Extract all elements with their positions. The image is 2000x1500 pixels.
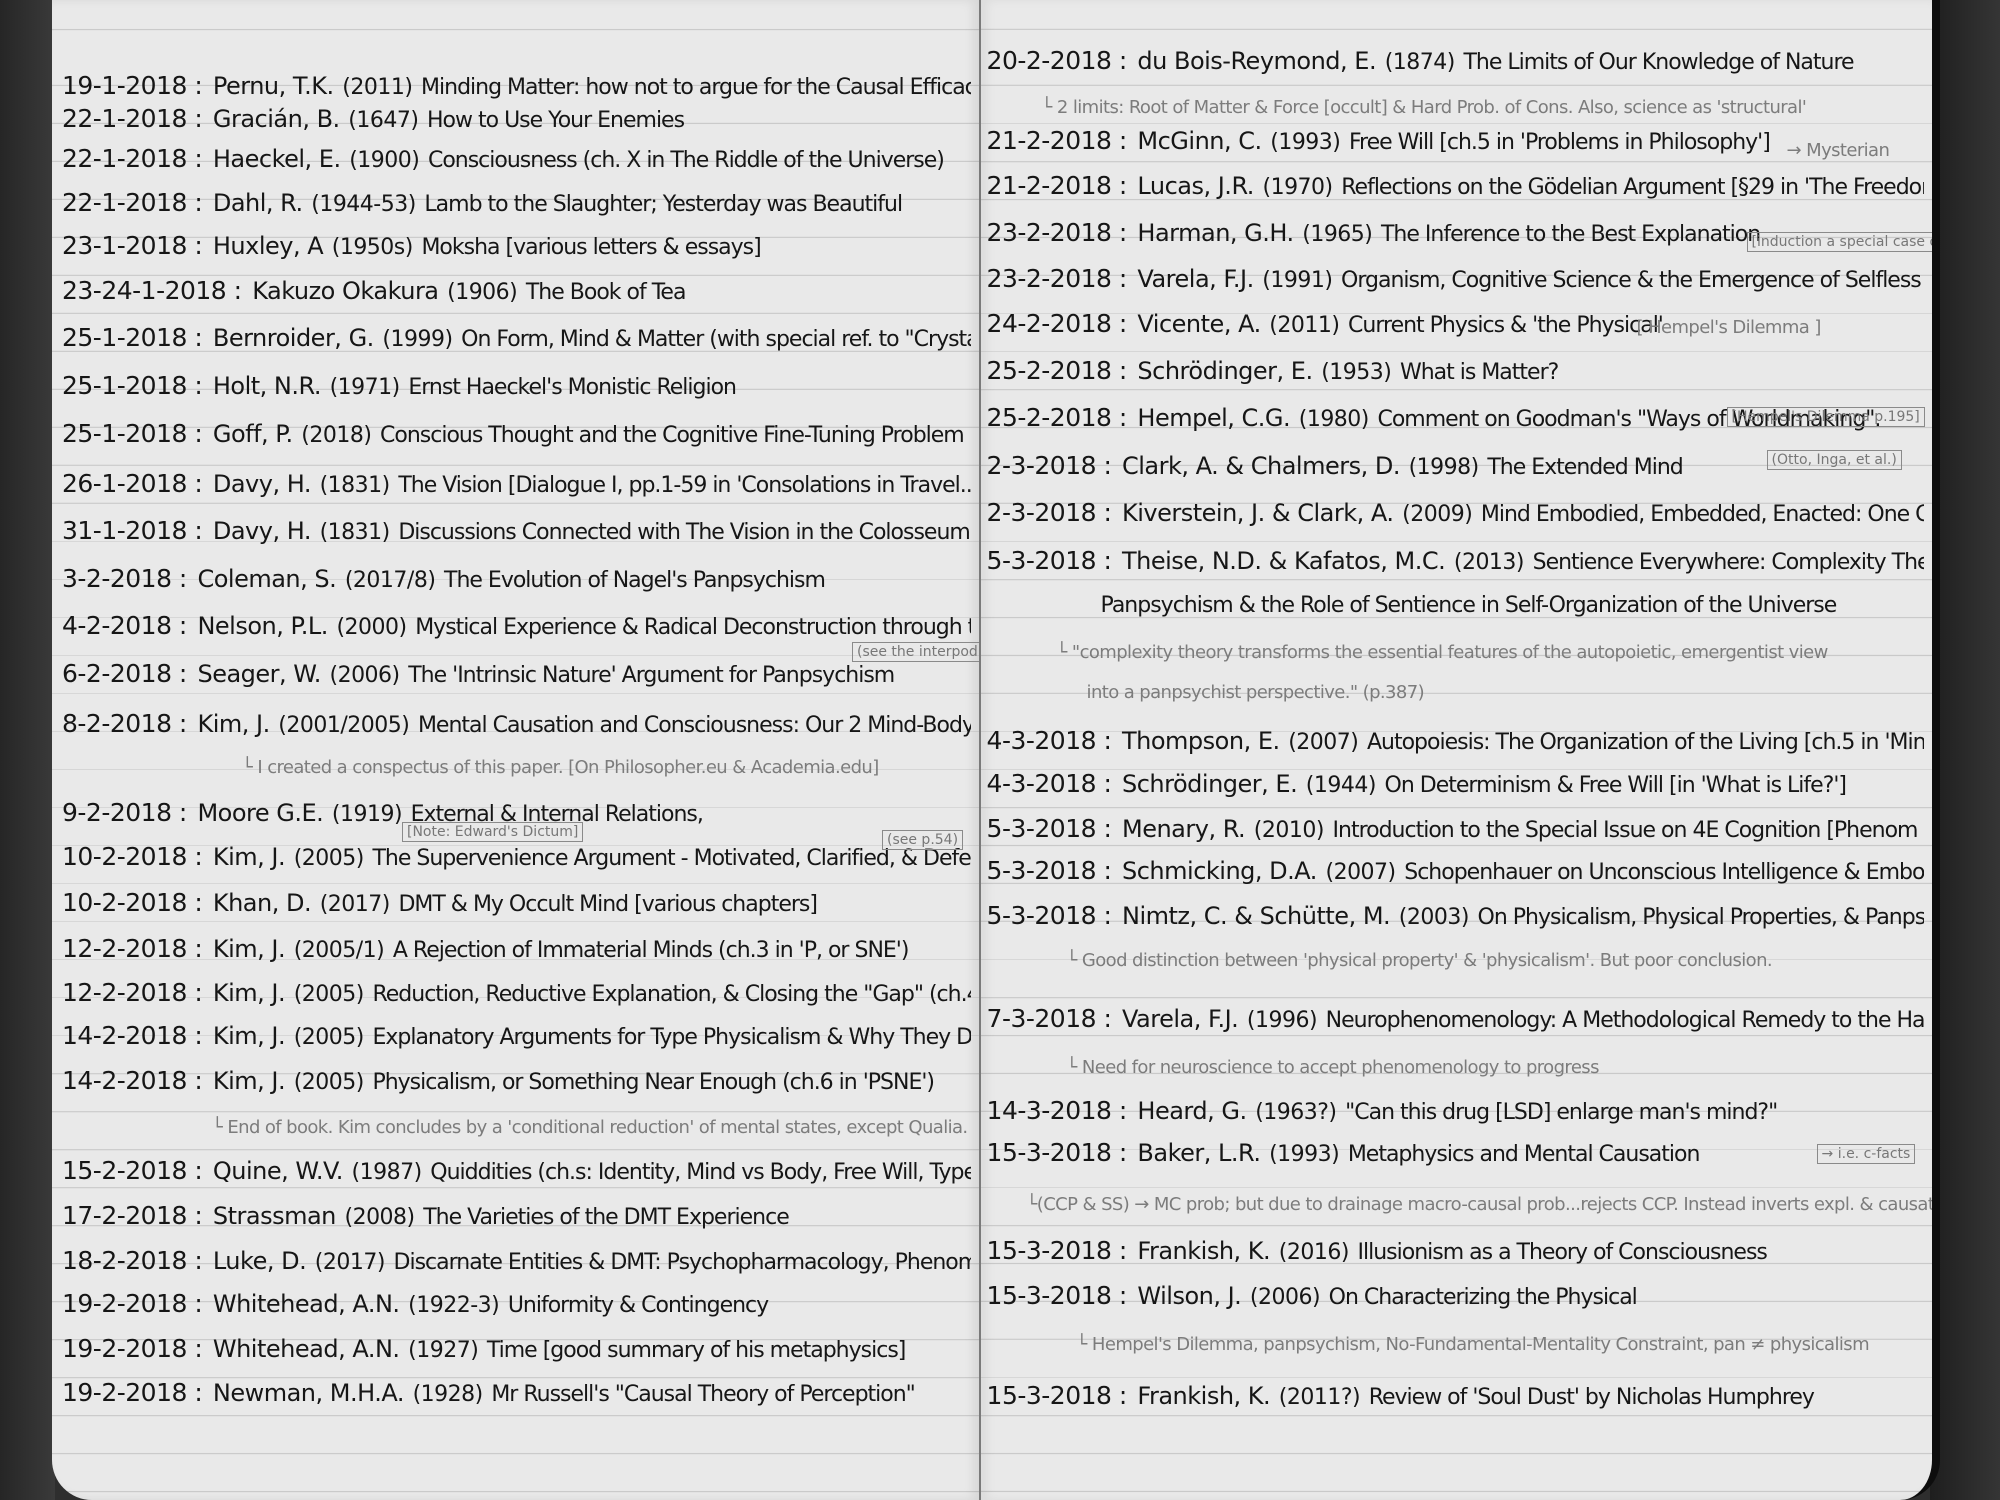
entry-date: 22-1-2018 : xyxy=(62,146,202,172)
pencil-note: └ End of book. Kim concludes by a 'condi… xyxy=(212,1117,968,1138)
entry-year: (2016) xyxy=(1279,1240,1349,1264)
entry-year: (2005) xyxy=(294,846,364,870)
entry-year: (1993) xyxy=(1270,130,1340,154)
pencil-note: └ "complexity theory transforms the esse… xyxy=(1057,642,1828,663)
left-page: 19-1-2018 : Pernu, T.K. (2011) Minding M… xyxy=(52,0,979,1500)
entry-year: (2017) xyxy=(315,1250,385,1274)
entry-year: (2013) xyxy=(1454,550,1524,574)
entry-date: 5-3-2018 : xyxy=(987,903,1112,929)
entry-date: 19-2-2018 : xyxy=(62,1380,202,1406)
reading-entry: 5-3-2018 : Menary, R. (2010) Introductio… xyxy=(987,816,1924,842)
entry-year: (1944-53) xyxy=(311,192,416,216)
entry-author: Frankish, K. xyxy=(1137,1238,1270,1264)
entry-author: Lucas, J.R. xyxy=(1137,173,1253,199)
right-page: 20-2-2018 : du Bois-Reymond, E. (1874) T… xyxy=(979,0,1940,1500)
entry-author: Frankish, K. xyxy=(1137,1383,1270,1409)
pencil-note: └(CCP & SS) → MC prob; but due to draina… xyxy=(1027,1194,1940,1215)
pencil-note: into a panpsychist perspective." (p.387) xyxy=(1087,682,1424,703)
reading-entry: 15-3-2018 : Baker, L.R. (1993) Metaphysi… xyxy=(987,1140,1924,1166)
reading-entry: 20-2-2018 : du Bois-Reymond, E. (1874) T… xyxy=(987,48,1924,74)
entry-author: Varela, F.J. xyxy=(1137,266,1253,292)
entry-title: Reduction, Reductive Explanation, & Clos… xyxy=(372,982,970,1006)
entry-author: Gracián, B. xyxy=(213,106,340,132)
entry-year: (2005) xyxy=(294,1070,364,1094)
reading-entry: 25-1-2018 : Goff, P. (2018) Conscious Th… xyxy=(62,421,971,447)
reading-entry: 14-3-2018 : Heard, G. (1963?) "Can this … xyxy=(987,1098,1924,1124)
entry-title: The Extended Mind xyxy=(1487,455,1682,479)
entry-year: (2005/1) xyxy=(294,938,385,962)
entry-author: Whitehead, A.N. xyxy=(213,1291,400,1317)
entry-title: Introduction to the Special Issue on 4E … xyxy=(1333,818,1924,842)
entry-author: Nimtz, C. & Schütte, M. xyxy=(1122,903,1390,929)
entry-year: (1906) xyxy=(447,280,517,304)
entry-title: How to Use Your Enemies xyxy=(427,108,684,132)
entry-title: Mind Embodied, Embedded, Enacted: One Ch… xyxy=(1481,502,1924,526)
entry-author: Nelson, P.L. xyxy=(197,613,327,639)
entry-year: (1971) xyxy=(330,375,400,399)
entry-year: (1996) xyxy=(1247,1008,1317,1032)
entry-title: Minding Matter: how not to argue for the… xyxy=(421,75,971,99)
entry-title: Reflections on the Gödelian Argument [§2… xyxy=(1341,175,1924,199)
entry-author: Theise, N.D. & Kafatos, M.C. xyxy=(1122,548,1445,574)
entry-author: Kim, J. xyxy=(213,936,285,962)
entry-date: 19-2-2018 : xyxy=(62,1336,202,1362)
entry-year: (1963?) xyxy=(1255,1100,1336,1124)
reading-entry: 25-1-2018 : Bernroider, G. (1999) On For… xyxy=(62,325,971,351)
reading-entry: 17-2-2018 : Strassman (2008) The Varieti… xyxy=(62,1203,971,1229)
reading-entry: 10-2-2018 : Kim, J. (2005) The Superveni… xyxy=(62,844,971,870)
reading-entry: 22-1-2018 : Gracián, B. (1647) How to Us… xyxy=(62,106,971,132)
entry-year: (1831) xyxy=(320,473,390,497)
entry-author: Thompson, E. xyxy=(1122,728,1280,754)
entry-title: Quiddities (ch.s: Identity, Mind vs Body… xyxy=(430,1160,970,1184)
entry-date: 15-3-2018 : xyxy=(987,1238,1127,1264)
entry-title: Metaphysics and Mental Causation xyxy=(1348,1142,1700,1166)
entry-title: The Supervenience Argument - Motivated, … xyxy=(372,846,970,870)
entry-year: (2017/8) xyxy=(345,568,436,592)
entry-date: 14-3-2018 : xyxy=(987,1098,1127,1124)
entry-title: Lamb to the Slaughter; Yesterday was Bea… xyxy=(424,192,902,216)
entry-title: "Can this drug [LSD] enlarge man's mind?… xyxy=(1345,1100,1777,1124)
entry-title: The Vision [Dialogue I, pp.1-59 in 'Cons… xyxy=(398,473,970,497)
reading-entry: 21-2-2018 : McGinn, C. (1993) Free Will … xyxy=(987,128,1924,154)
entry-date: 26-1-2018 : xyxy=(62,471,202,497)
entry-title: On Characterizing the Physical xyxy=(1329,1285,1637,1309)
entry-date: 7-3-2018 : xyxy=(987,1006,1112,1032)
reading-entry: 14-2-2018 : Kim, J. (2005) Explanatory A… xyxy=(62,1023,971,1049)
entry-date: 4-3-2018 : xyxy=(987,728,1112,754)
entry-title: Discarnate Entities & DMT: Psychopharmac… xyxy=(394,1250,971,1274)
entry-year: (2009) xyxy=(1402,502,1472,526)
entry-date: 25-2-2018 : xyxy=(987,358,1127,384)
entry-year: (1919) xyxy=(332,802,402,826)
entry-year: (1970) xyxy=(1262,175,1332,199)
entry-title: Ernst Haeckel's Monistic Religion xyxy=(408,375,736,399)
entry-title: The 'Intrinsic Nature' Argument for Panp… xyxy=(408,663,894,687)
entry-title: Time [good summary of his metaphysics] xyxy=(487,1338,906,1362)
reading-entry: 12-2-2018 : Kim, J. (2005/1) A Rejection… xyxy=(62,936,971,962)
reading-entry: 14-2-2018 : Kim, J. (2005) Physicalism, … xyxy=(62,1068,971,1094)
reading-entry: 2-3-2018 : Kiverstein, J. & Clark, A. (2… xyxy=(987,500,1924,526)
entry-year: (1980) xyxy=(1299,407,1369,431)
entry-year: (1922-3) xyxy=(408,1293,499,1317)
entry-author: Davy, H. xyxy=(213,518,311,544)
entry-author: Schrödinger, E. xyxy=(1122,771,1297,797)
entry-author: Kim, J. xyxy=(213,844,285,870)
entry-author: Clark, A. & Chalmers, D. xyxy=(1122,453,1400,479)
entry-year: (1647) xyxy=(348,108,418,132)
entry-title: On Form, Mind & Matter (with special ref… xyxy=(461,327,970,351)
entry-date: 15-3-2018 : xyxy=(987,1140,1127,1166)
entry-date: 4-3-2018 : xyxy=(987,771,1112,797)
entry-year: (2003) xyxy=(1399,905,1469,929)
entry-author: Schrödinger, E. xyxy=(1137,358,1312,384)
entry-title: The Varieties of the DMT Experience xyxy=(423,1205,789,1229)
entry-title: Physicalism, or Something Near Enough (c… xyxy=(372,1070,934,1094)
entry-year: (2017) xyxy=(320,892,390,916)
reading-entry: 31-1-2018 : Davy, H. (1831) Discussions … xyxy=(62,518,971,544)
margin-annotation: [Hempel's Dilemma p.195] xyxy=(1727,407,1925,427)
entry-author: Kim, J. xyxy=(213,980,285,1006)
reading-entry: 15-3-2018 : Frankish, K. (2016) Illusion… xyxy=(987,1238,1924,1264)
entry-title: Neurophenomenology: A Methodological Rem… xyxy=(1326,1008,1924,1032)
entry-title: Uniformity & Contingency xyxy=(508,1293,768,1317)
entry-date: 20-2-2018 : xyxy=(987,48,1127,74)
reading-entry: 23-1-2018 : Huxley, A (1950s) Moksha [va… xyxy=(62,233,971,259)
entry-title: DMT & My Occult Mind [various chapters] xyxy=(398,892,817,916)
entry-title: The Book of Tea xyxy=(526,280,686,304)
reading-entry: 25-2-2018 : Schrödinger, E. (1953) What … xyxy=(987,358,1924,384)
entry-date: 10-2-2018 : xyxy=(62,890,202,916)
entry-title: On Determinism & Free Will [in 'What is … xyxy=(1385,773,1846,797)
desk-surface-right xyxy=(1930,0,2000,1500)
reading-entry: 3-2-2018 : Coleman, S. (2017/8) The Evol… xyxy=(62,566,971,592)
entry-year: (2008) xyxy=(344,1205,414,1229)
reading-entry: 23-24-1-2018 : Kakuzo Okakura (1906) The… xyxy=(62,278,971,304)
pencil-note: → Mysterian xyxy=(1787,140,1890,161)
entry-date: 5-3-2018 : xyxy=(987,548,1112,574)
margin-annotation: (see p.54) xyxy=(882,830,963,850)
margin-annotation: [Note: Edward's Dictum] xyxy=(402,822,583,842)
entry-date: 23-2-2018 : xyxy=(987,266,1127,292)
reading-entry: 23-2-2018 : Varela, F.J. (1991) Organism… xyxy=(987,266,1924,292)
entry-title: Organism, Cognitive Science & the Emerge… xyxy=(1341,268,1924,292)
entry-date: 25-1-2018 : xyxy=(62,421,202,447)
entry-date: 21-2-2018 : xyxy=(987,128,1127,154)
entry-author: Holt, N.R. xyxy=(213,373,321,399)
reading-entry: 7-3-2018 : Varela, F.J. (1996) Neurophen… xyxy=(987,1006,1924,1032)
entry-date: 15-3-2018 : xyxy=(987,1383,1127,1409)
entry-year: (1953) xyxy=(1321,360,1391,384)
margin-annotation: [induction a special case of inf2bex] xyxy=(1747,232,1940,252)
entry-title: Review of 'Soul Dust' by Nicholas Humphr… xyxy=(1369,1385,1814,1409)
margin-annotation: (see the interpod ") xyxy=(852,642,979,662)
entry-year: (2000) xyxy=(336,615,406,639)
reading-entry: 19-2-2018 : Whitehead, A.N. (1922-3) Uni… xyxy=(62,1291,971,1317)
pencil-note: └ Good distinction between 'physical pro… xyxy=(1067,950,1772,971)
entry-author: Luke, D. xyxy=(213,1248,306,1274)
entry-author: Seager, W. xyxy=(197,661,320,687)
reading-entry: 12-2-2018 : Kim, J. (2005) Reduction, Re… xyxy=(62,980,971,1006)
entry-date: 23-2-2018 : xyxy=(987,220,1127,246)
entry-year: (1831) xyxy=(320,520,390,544)
entry-year: (1965) xyxy=(1302,222,1372,246)
pencil-note: └ Need for neuroscience to accept phenom… xyxy=(1067,1057,1599,1078)
entry-date: 5-3-2018 : xyxy=(987,858,1112,884)
entry-date: 14-2-2018 : xyxy=(62,1023,202,1049)
entry-year: (2011) xyxy=(342,75,412,99)
entry-author: Kakuzo Okakura xyxy=(252,278,438,304)
entry-title: Current Physics & 'the Physical' xyxy=(1348,313,1663,337)
entry-year: (2010) xyxy=(1254,818,1324,842)
entry-year: (1928) xyxy=(413,1382,483,1406)
margin-annotation: (Otto, Inga, et al.) xyxy=(1767,450,1902,470)
reading-entry: 15-2-2018 : Quine, W.V. (1987) Quidditie… xyxy=(62,1158,971,1184)
entry-author: Bernroider, G. xyxy=(213,325,374,351)
entry-date: 21-2-2018 : xyxy=(987,173,1127,199)
entry-author: Coleman, S. xyxy=(197,566,336,592)
entry-year: (2011) xyxy=(1269,313,1339,337)
reading-entry: 4-3-2018 : Thompson, E. (2007) Autopoies… xyxy=(987,728,1924,754)
margin-annotation: → i.e. c-facts xyxy=(1817,1144,1916,1164)
entry-title: Panpsychism & the Role of Sentience in S… xyxy=(1101,593,1837,617)
entry-year: (2018) xyxy=(301,423,371,447)
entry-author: McGinn, C. xyxy=(1137,128,1261,154)
reading-entry: 18-2-2018 : Luke, D. (2017) Discarnate E… xyxy=(62,1248,971,1274)
entry-title: On Physicalism, Physical Properties, & P… xyxy=(1478,905,1925,929)
reading-entry: 22-1-2018 : Haeckel, E. (1900) Conscious… xyxy=(62,146,971,172)
entry-year: (2005) xyxy=(294,1025,364,1049)
entry-year: (1874) xyxy=(1385,50,1455,74)
entry-date: 19-2-2018 : xyxy=(62,1291,202,1317)
reading-entry: 26-1-2018 : Davy, H. (1831) The Vision [… xyxy=(62,471,971,497)
pencil-note: └ Hempel's Dilemma, panpsychism, No-Fund… xyxy=(1077,1334,1869,1355)
entry-author: Kiverstein, J. & Clark, A. xyxy=(1122,500,1394,526)
entry-title: The Inference to the Best Explanation xyxy=(1381,222,1760,246)
entry-date: 23-1-2018 : xyxy=(62,233,202,259)
entry-author: Schmicking, D.A. xyxy=(1122,858,1317,884)
pencil-note: └ I created a conspectus of this paper. … xyxy=(242,757,879,778)
entry-date: 12-2-2018 : xyxy=(62,980,202,1006)
reading-entry: 19-2-2018 : Newman, M.H.A. (1928) Mr Rus… xyxy=(62,1380,971,1406)
entry-author: Khan, D. xyxy=(213,890,311,916)
entry-author: Heard, G. xyxy=(1137,1098,1246,1124)
entry-author: Harman, G.H. xyxy=(1137,220,1293,246)
entry-date: 17-2-2018 : xyxy=(62,1203,202,1229)
entry-date: 23-24-1-2018 : xyxy=(62,278,242,304)
entry-author: Wilson, J. xyxy=(1137,1283,1241,1309)
entry-date: 25-1-2018 : xyxy=(62,373,202,399)
entry-date: 10-2-2018 : xyxy=(62,844,202,870)
entry-date: 8-2-2018 : xyxy=(62,711,187,737)
entry-title: Moksha [various letters & essays] xyxy=(421,235,760,259)
entry-date: 31-1-2018 : xyxy=(62,518,202,544)
entry-year: (1900) xyxy=(349,148,419,172)
entry-year: (1998) xyxy=(1409,455,1479,479)
entry-author: Kim, J. xyxy=(213,1068,285,1094)
entry-date: 5-3-2018 : xyxy=(987,816,1112,842)
entry-title: Schopenhauer on Unconscious Intelligence… xyxy=(1404,860,1924,884)
entry-author: Kim, J. xyxy=(197,711,269,737)
entry-title: Explanatory Arguments for Type Physicali… xyxy=(372,1025,970,1049)
entry-year: (2001/2005) xyxy=(278,713,409,737)
entry-author: Baker, L.R. xyxy=(1137,1140,1260,1166)
entry-date: 22-1-2018 : xyxy=(62,190,202,216)
entry-author: Moore G.E. xyxy=(197,800,323,826)
entry-date: 3-2-2018 : xyxy=(62,566,187,592)
entry-date: 6-2-2018 : xyxy=(62,661,187,687)
entry-year: (1950s) xyxy=(332,235,413,259)
reading-entry: 8-2-2018 : Kim, J. (2001/2005) Mental Ca… xyxy=(62,711,971,737)
entry-author: Goff, P. xyxy=(213,421,293,447)
entry-year: (2005) xyxy=(294,982,364,1006)
entry-title: Mental Causation and Consciousness: Our … xyxy=(418,713,971,737)
entry-title: Conscious Thought and the Cognitive Fine… xyxy=(380,423,964,447)
entry-year: (1987) xyxy=(352,1160,422,1184)
entry-author: Hempel, C.G. xyxy=(1137,405,1290,431)
entry-date: 18-2-2018 : xyxy=(62,1248,202,1274)
entry-author: Whitehead, A.N. xyxy=(213,1336,400,1362)
entry-author: Dahl, R. xyxy=(213,190,303,216)
reading-entry: 19-1-2018 : Pernu, T.K. (2011) Minding M… xyxy=(62,73,971,99)
entry-date: 24-2-2018 : xyxy=(987,311,1127,337)
entry-year: (2006) xyxy=(329,663,399,687)
entry-year: (1927) xyxy=(408,1338,478,1362)
entry-title: Mr Russell's "Causal Theory of Perceptio… xyxy=(491,1382,914,1406)
reading-entry-continuation: Panpsychism & the Role of Sentience in S… xyxy=(987,591,1924,617)
pencil-note: └ 2 limits: Root of Matter & Force [occu… xyxy=(1042,97,1807,118)
entry-author: Newman, M.H.A. xyxy=(213,1380,404,1406)
entry-author: Kim, J. xyxy=(213,1023,285,1049)
entry-date: 12-2-2018 : xyxy=(62,936,202,962)
entry-title: Discussions Connected with The Vision in… xyxy=(398,520,970,544)
entry-author: Huxley, A xyxy=(213,233,323,259)
entry-title: Sentience Everywhere: Complexity Theory, xyxy=(1533,550,1924,574)
reading-entry: 15-3-2018 : Frankish, K. (2011?) Review … xyxy=(987,1383,1924,1409)
entry-date: 22-1-2018 : xyxy=(62,106,202,132)
entry-date: 25-2-2018 : xyxy=(987,405,1127,431)
entry-author: Pernu, T.K. xyxy=(213,73,334,99)
reading-entry: 21-2-2018 : Lucas, J.R. (1970) Reflectio… xyxy=(987,173,1924,199)
entry-author: Vicente, A. xyxy=(1137,311,1260,337)
desk-surface-left xyxy=(0,0,55,1500)
open-notebook: 19-1-2018 : Pernu, T.K. (2011) Minding M… xyxy=(52,0,1940,1500)
reading-entry: 15-3-2018 : Wilson, J. (2006) On Charact… xyxy=(987,1283,1924,1309)
entry-year: (1999) xyxy=(382,327,452,351)
entry-year: (1993) xyxy=(1269,1142,1339,1166)
reading-entry: 5-3-2018 : Nimtz, C. & Schütte, M. (2003… xyxy=(987,903,1924,929)
entry-title: The Evolution of Nagel's Panpsychism xyxy=(444,568,825,592)
entry-date: 15-3-2018 : xyxy=(987,1283,1127,1309)
entry-title: Mystical Experience & Radical Deconstruc… xyxy=(415,615,970,639)
entry-date: 19-1-2018 : xyxy=(62,73,202,99)
entry-title: What is Matter? xyxy=(1400,360,1558,384)
entry-author: Haeckel, E. xyxy=(213,146,341,172)
reading-entry: 6-2-2018 : Seager, W. (2006) The 'Intrin… xyxy=(62,661,971,687)
reading-entry: 4-2-2018 : Nelson, P.L. (2000) Mystical … xyxy=(62,613,971,639)
entry-year: (1991) xyxy=(1262,268,1332,292)
entry-date: 9-2-2018 : xyxy=(62,800,187,826)
reading-entry: 5-3-2018 : Theise, N.D. & Kafatos, M.C. … xyxy=(987,548,1924,574)
entry-author: Strassman xyxy=(213,1203,336,1229)
reading-entry: 10-2-2018 : Khan, D. (2017) DMT & My Occ… xyxy=(62,890,971,916)
reading-entry: 22-1-2018 : Dahl, R. (1944-53) Lamb to t… xyxy=(62,190,971,216)
entry-author: Varela, F.J. xyxy=(1122,1006,1238,1032)
reading-entry: 25-1-2018 : Holt, N.R. (1971) Ernst Haec… xyxy=(62,373,971,399)
entry-date: 25-1-2018 : xyxy=(62,325,202,351)
entry-title: Consciousness (ch. X in The Riddle of th… xyxy=(428,148,944,172)
entry-title: The Limits of Our Knowledge of Nature xyxy=(1463,50,1853,74)
reading-entry: 4-3-2018 : Schrödinger, E. (1944) On Det… xyxy=(987,771,1924,797)
entry-date: 4-2-2018 : xyxy=(62,613,187,639)
entry-title: Autopoiesis: The Organization of the Liv… xyxy=(1367,730,1924,754)
entry-author: Quine, W.V. xyxy=(213,1158,343,1184)
reading-entry: 5-3-2018 : Schmicking, D.A. (2007) Schop… xyxy=(987,858,1924,884)
entry-date: 14-2-2018 : xyxy=(62,1068,202,1094)
entry-date: 2-3-2018 : xyxy=(987,453,1112,479)
entry-date: 2-3-2018 : xyxy=(987,500,1112,526)
entry-title: Free Will [ch.5 in 'Problems in Philosop… xyxy=(1349,130,1770,154)
entry-year: (2006) xyxy=(1250,1285,1320,1309)
entry-title: Illusionism as a Theory of Consciousness xyxy=(1358,1240,1767,1264)
entry-author: Davy, H. xyxy=(213,471,311,497)
entry-title: A Rejection of Immaterial Minds (ch.3 in… xyxy=(393,938,909,962)
entry-year: (2007) xyxy=(1325,860,1395,884)
entry-author: Menary, R. xyxy=(1122,816,1245,842)
entry-year: (1944) xyxy=(1306,773,1376,797)
pencil-note: [ Hempel's Dilemma ] xyxy=(1637,317,1821,338)
entry-year: (2007) xyxy=(1288,730,1358,754)
entry-author: du Bois-Reymond, E. xyxy=(1137,48,1376,74)
entry-date: 15-2-2018 : xyxy=(62,1158,202,1184)
reading-entry: 19-2-2018 : Whitehead, A.N. (1927) Time … xyxy=(62,1336,971,1362)
entry-year: (2011?) xyxy=(1279,1385,1360,1409)
